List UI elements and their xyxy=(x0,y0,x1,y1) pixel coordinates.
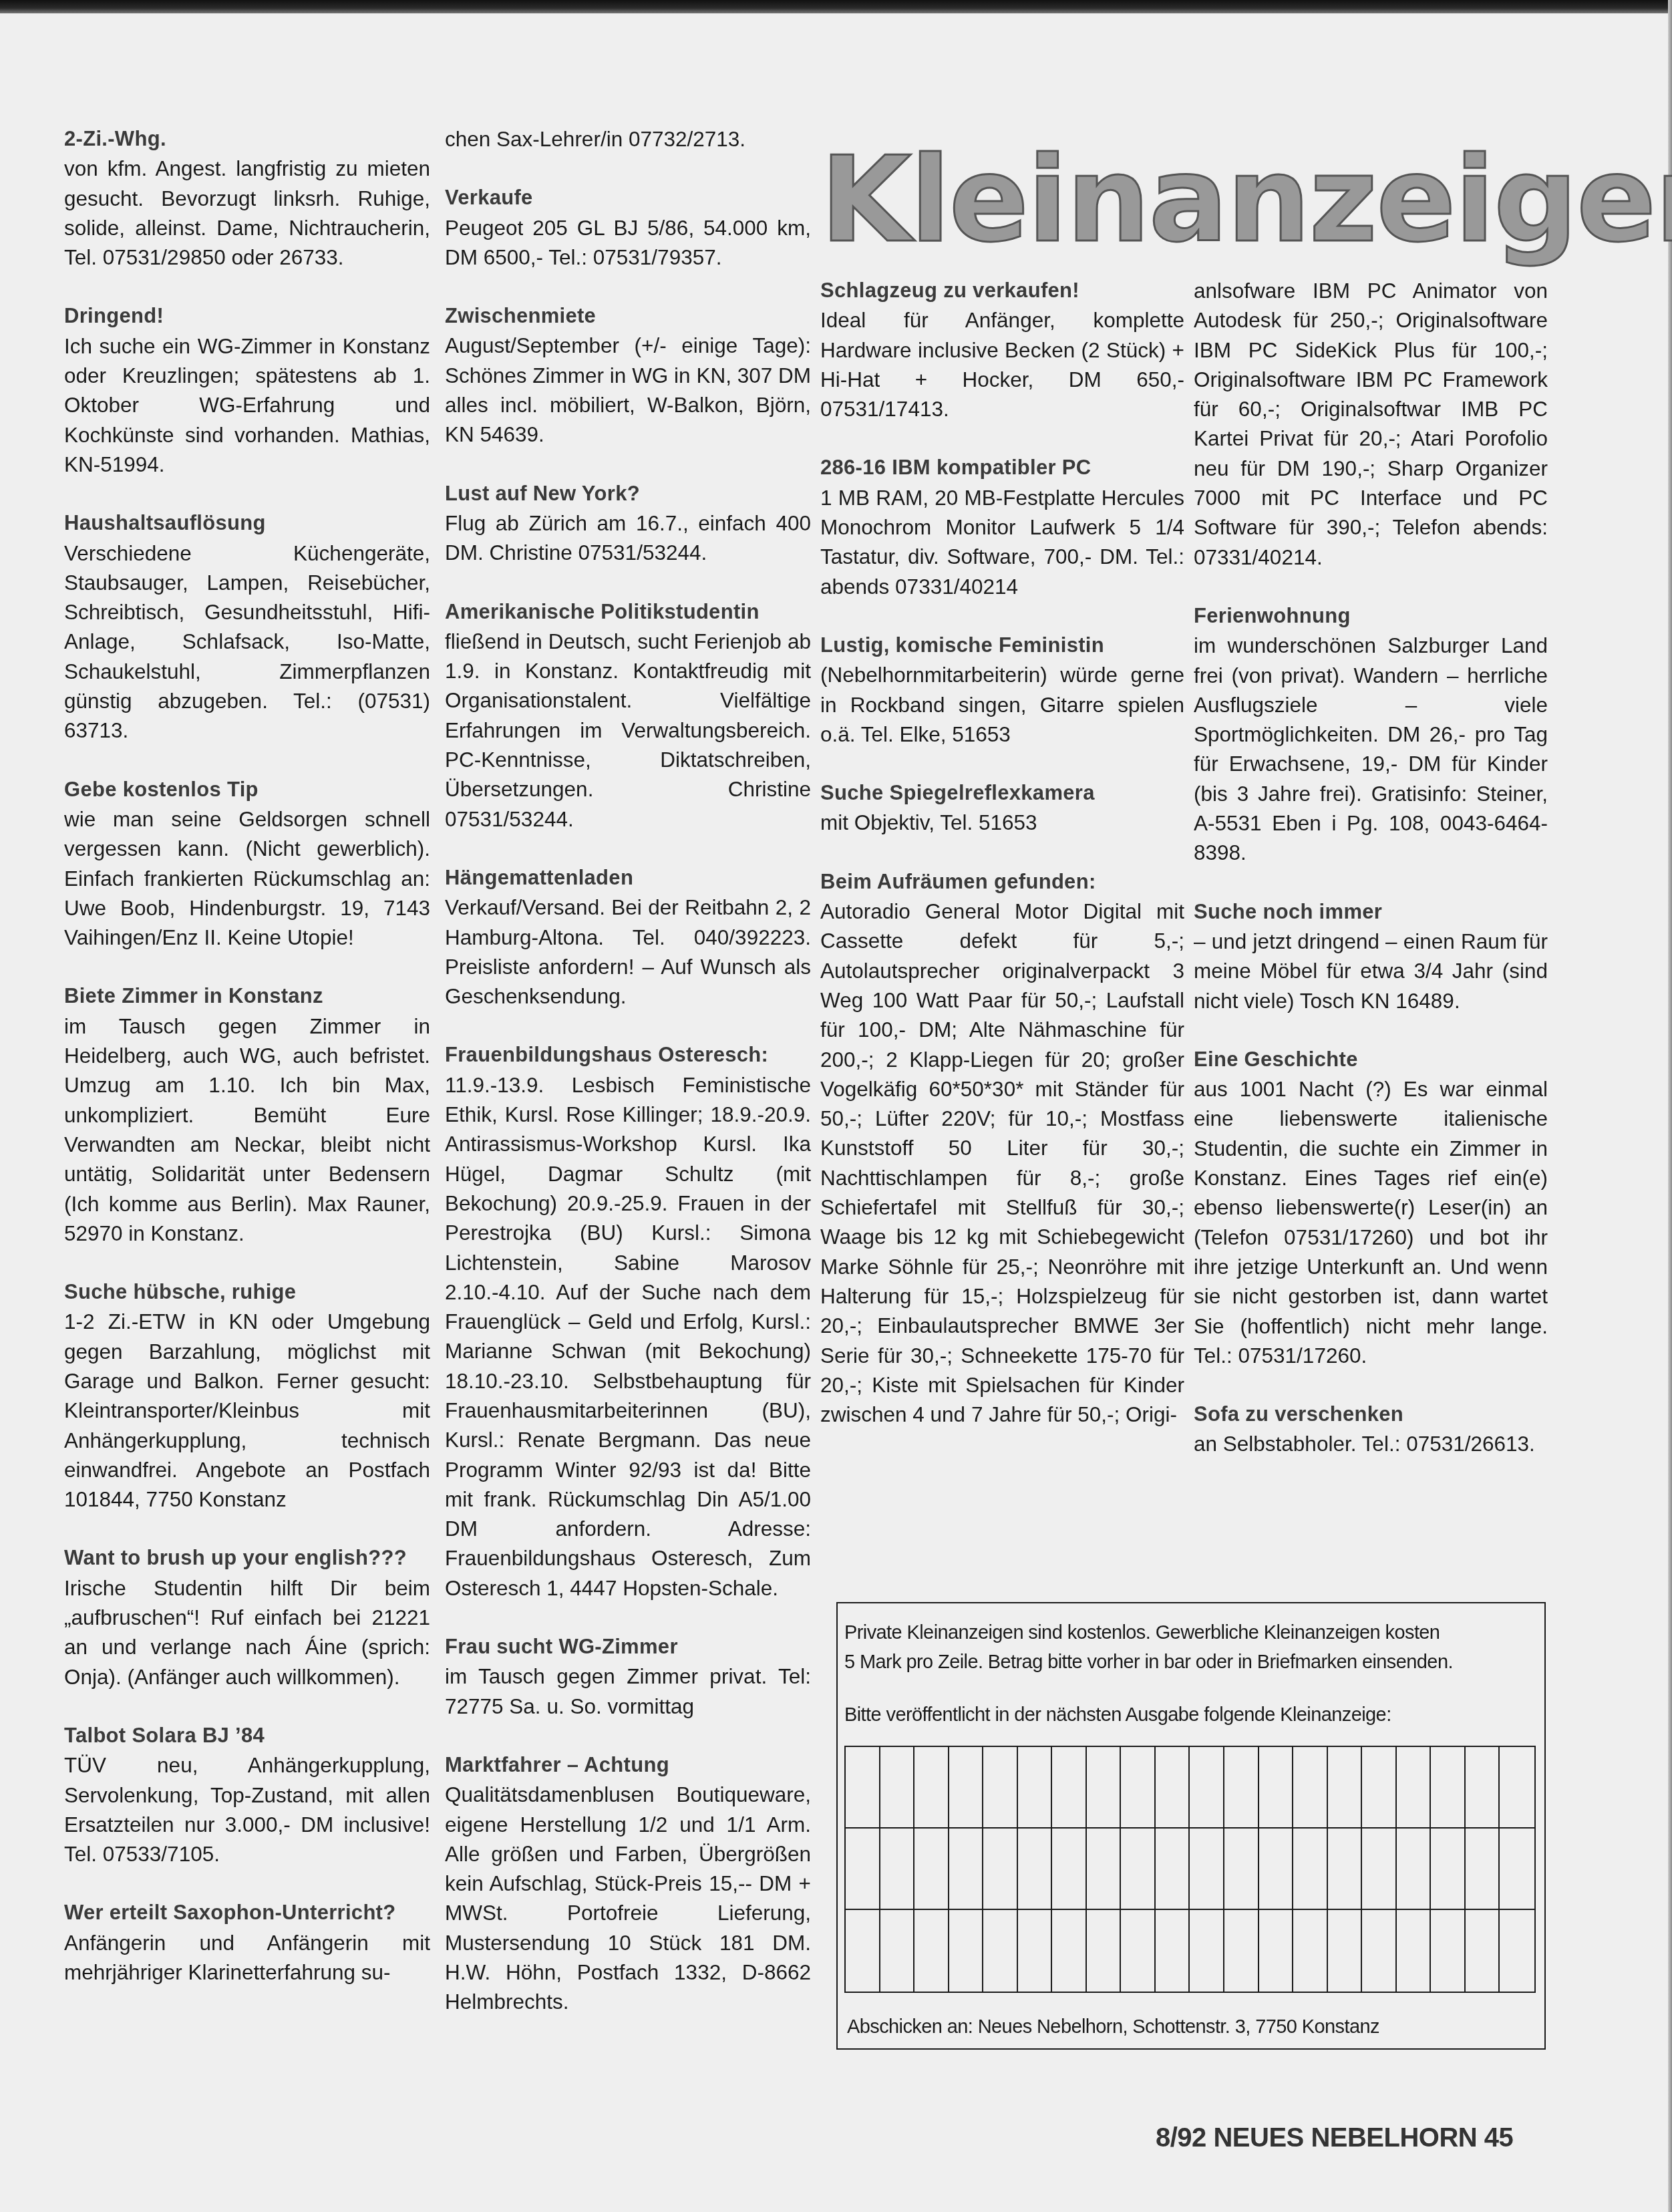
grid-cell[interactable] xyxy=(1362,1747,1397,1829)
order-form-address: Abschicken an: Neues Nebelhorn, Schotten… xyxy=(847,2012,1379,2042)
grid-cell[interactable] xyxy=(1466,1910,1500,1992)
grid-cell[interactable] xyxy=(1259,1747,1294,1829)
ad-title: 2-Zi.-Whg. xyxy=(64,124,430,154)
ad-body: Peugeot 205 GL BJ 5/86, 54.000 km, DM 65… xyxy=(445,213,811,273)
grid-cell[interactable] xyxy=(1500,1829,1534,1910)
ad-title: Suche noch immer xyxy=(1194,897,1548,927)
grid-cell[interactable] xyxy=(1466,1747,1500,1829)
grid-cell[interactable] xyxy=(1224,1910,1259,1992)
ad-title: Schlagzeug zu verkaufen! xyxy=(820,276,1184,305)
ad-body: Verkauf/Versand. Bei der Reitbahn 2, 2 H… xyxy=(445,893,811,1011)
ad-body: im Tausch gegen Zimmer privat. Tel: 7277… xyxy=(445,1662,811,1721)
grid-cell[interactable] xyxy=(1087,1747,1122,1829)
ad-title: Talbot Solara BJ ’84 xyxy=(64,1721,430,1750)
classified-ad: Lust auf New York?Flug ab Zürich am 16.7… xyxy=(445,479,811,568)
grid-cell[interactable] xyxy=(914,1829,949,1910)
grid-cell[interactable] xyxy=(949,1910,984,1992)
grid-cell[interactable] xyxy=(983,1747,1018,1829)
ad-continuation: chen Sax-Lehrer/in 07732/2713. xyxy=(445,124,811,154)
ad-body: aus 1001 Nacht (?) Es war einmal eine li… xyxy=(1194,1074,1548,1370)
grid-cell[interactable] xyxy=(1052,1910,1087,1992)
grid-cell[interactable] xyxy=(1224,1829,1259,1910)
ad-title: Marktfahrer – Achtung xyxy=(445,1750,811,1780)
grid-cell[interactable] xyxy=(1190,1747,1224,1829)
grid-cell[interactable] xyxy=(1328,1829,1363,1910)
classified-order-form: Private Kleinanzeigen sind kostenlos. Ge… xyxy=(836,1602,1546,2050)
order-form-prompt: Bitte veröffentlicht in der nächsten Aus… xyxy=(844,1700,1391,1730)
grid-cell[interactable] xyxy=(880,1829,915,1910)
ad-title: Amerikanische Politikstudentin xyxy=(445,597,811,627)
ad-title: Biete Zimmer in Konstanz xyxy=(64,981,430,1011)
ad-title: Frau sucht WG-Zimmer xyxy=(445,1632,811,1662)
ad-body: an Selbstabholer. Tel.: 07531/26613. xyxy=(1194,1429,1548,1458)
classified-ad: Biete Zimmer in Konstanzim Tausch gegen … xyxy=(64,981,430,1248)
column-1: 2-Zi.-Whg.von kfm. Angest. langfristig z… xyxy=(64,124,430,2016)
classified-ad: Wer erteilt Saxophon-Unterricht?Anfänger… xyxy=(64,1898,430,1987)
classified-ad: Suche hübsche, ruhige1-2 Zi.-ETW in KN o… xyxy=(64,1277,430,1514)
grid-cell[interactable] xyxy=(1293,1829,1328,1910)
classified-ad: VerkaufePeugeot 205 GL BJ 5/86, 54.000 k… xyxy=(445,183,811,272)
grid-cell[interactable] xyxy=(1431,1829,1466,1910)
ad-title: 286-16 IBM kompatibler PC xyxy=(820,453,1184,482)
ad-title: Lustig, komische Feministin xyxy=(820,631,1184,660)
ad-title: Sofa zu verschenken xyxy=(1194,1400,1548,1429)
grid-cell[interactable] xyxy=(1259,1910,1294,1992)
classified-ad: Suche Spiegelreflexkameramit Objektiv, T… xyxy=(820,778,1184,838)
ad-body: 1-2 Zi.-ETW in KN oder Umgebung gegen Ba… xyxy=(64,1307,430,1514)
classified-ad: Frau sucht WG-Zimmerim Tausch gegen Zimm… xyxy=(445,1632,811,1721)
order-info-line: Private Kleinanzeigen sind kostenlos. Ge… xyxy=(844,1618,1539,1647)
grid-cell[interactable] xyxy=(1328,1910,1363,1992)
grid-cell[interactable] xyxy=(880,1910,915,1992)
page-title: Kleinanzeigen xyxy=(820,134,1542,267)
grid-cell[interactable] xyxy=(1087,1910,1122,1992)
ad-title: Verkaufe xyxy=(445,183,811,212)
classified-ad: Beim Aufräumen gefunden:Autoradio Genera… xyxy=(820,867,1184,1430)
ad-body: wie man seine Geldsorgen schnell vergess… xyxy=(64,804,430,952)
grid-cell[interactable] xyxy=(1190,1910,1224,1992)
grid-cell[interactable] xyxy=(1121,1910,1156,1992)
ad-title: Eine Geschichte xyxy=(1194,1045,1548,1074)
ad-title: Beim Aufräumen gefunden: xyxy=(820,867,1184,897)
ad-title: Frauenbildungshaus Osteresch: xyxy=(445,1040,811,1070)
grid-cell[interactable] xyxy=(1328,1747,1363,1829)
ad-body: Autoradio General Motor Digital mit Cass… xyxy=(820,897,1184,1429)
ad-body: Irische Studentin hilft Dir beim „aufbru… xyxy=(64,1573,430,1692)
ad-title: Ferienwohnung xyxy=(1194,601,1548,631)
ad-title: Lust auf New York? xyxy=(445,479,811,508)
ad-body: Verschiedene Küchengeräte, Staubsauger, … xyxy=(64,538,430,746)
grid-cell[interactable] xyxy=(1466,1829,1500,1910)
ad-body: 1 MB RAM, 20 MB-Festplatte Hercules Mono… xyxy=(820,483,1184,601)
grid-cell[interactable] xyxy=(1052,1747,1087,1829)
ad-body: von kfm. Angest. langfristig zu mieten g… xyxy=(64,154,430,272)
classified-ad: HaushaltsauflösungVerschiedene Küchenger… xyxy=(64,508,430,745)
ad-title: Haushaltsauflösung xyxy=(64,508,430,538)
grid-cell[interactable] xyxy=(1431,1747,1466,1829)
grid-cell[interactable] xyxy=(846,1910,880,1992)
classified-ad: 286-16 IBM kompatibler PC1 MB RAM, 20 MB… xyxy=(820,453,1184,601)
grid-cell[interactable] xyxy=(1431,1910,1466,1992)
column-4: anlsofware IBM PC Animator von Autodesk … xyxy=(1194,276,1548,1488)
grid-cell[interactable] xyxy=(1362,1910,1397,1992)
order-info-line: 5 Mark pro Zeile. Betrag bitte vorher in… xyxy=(844,1647,1539,1677)
classified-ad: Eine Geschichteaus 1001 Nacht (?) Es war… xyxy=(1194,1045,1548,1370)
ad-text-entry-grid[interactable] xyxy=(844,1746,1536,1993)
grid-cell[interactable] xyxy=(1397,1910,1432,1992)
ad-title: Suche hübsche, ruhige xyxy=(64,1277,430,1307)
column-3: Schlagzeug zu verkaufen!Ideal für Anfäng… xyxy=(820,276,1184,1458)
classified-ad: Dringend!Ich suche ein WG-Zimmer in Kons… xyxy=(64,301,430,479)
grid-cell[interactable] xyxy=(1293,1910,1328,1992)
classified-ad: Marktfahrer – AchtungQualitätsdamenbluse… xyxy=(445,1750,811,2017)
grid-cell[interactable] xyxy=(914,1910,949,1992)
ad-continuation: anlsofware IBM PC Animator von Autodesk … xyxy=(1194,276,1548,572)
grid-cell[interactable] xyxy=(949,1829,984,1910)
classified-ad: ZwischenmieteAugust/September (+/- einig… xyxy=(445,301,811,449)
grid-cell[interactable] xyxy=(1397,1747,1432,1829)
ad-body: Qualitätsdamenblusen Boutiqueware, eigen… xyxy=(445,1780,811,2016)
order-form-info: Private Kleinanzeigen sind kostenlos. Ge… xyxy=(844,1618,1539,1677)
scan-edge-top xyxy=(0,0,1672,13)
scan-edge-right xyxy=(1668,0,1672,2212)
grid-cell[interactable] xyxy=(1397,1829,1432,1910)
classified-ad: Ferienwohnungim wunderschönen Salzburger… xyxy=(1194,601,1548,868)
grid-cell[interactable] xyxy=(1156,1829,1190,1910)
ad-body: Ich suche ein WG-Zimmer in Konstanz oder… xyxy=(64,331,430,479)
ad-body: (Nebelhornmitarbeiterin) würde gerne in … xyxy=(820,660,1184,749)
grid-cell[interactable] xyxy=(1052,1829,1087,1910)
ad-body: Ideal für Anfänger, komplette Hardware i… xyxy=(820,305,1184,424)
grid-cell[interactable] xyxy=(1190,1829,1224,1910)
ad-title: Gebe kostenlos Tip xyxy=(64,775,430,804)
classified-ad: Sofa zu verschenkenan Selbstabholer. Tel… xyxy=(1194,1400,1548,1459)
grid-cell[interactable] xyxy=(1018,1747,1053,1829)
classified-ad: Schlagzeug zu verkaufen!Ideal für Anfäng… xyxy=(820,276,1184,424)
grid-cell[interactable] xyxy=(1362,1829,1397,1910)
column-2: chen Sax-Lehrer/in 07732/2713. VerkaufeP… xyxy=(445,124,811,2046)
classified-ad: Suche noch immer– und jetzt dringend – e… xyxy=(1194,897,1548,1015)
grid-cell[interactable] xyxy=(1018,1829,1053,1910)
grid-cell[interactable] xyxy=(949,1747,984,1829)
ad-body: Flug ab Zürich am 16.7., einfach 400 DM.… xyxy=(445,508,811,568)
classified-ad: Lustig, komische Feministin(Nebelhornmit… xyxy=(820,631,1184,749)
grid-cell[interactable] xyxy=(1121,1829,1156,1910)
grid-cell[interactable] xyxy=(846,1829,880,1910)
classified-ad: 2-Zi.-Whg.von kfm. Angest. langfristig z… xyxy=(64,124,430,272)
grid-cell[interactable] xyxy=(1293,1747,1328,1829)
classified-ad: HängemattenladenVerkauf/Versand. Bei der… xyxy=(445,863,811,1011)
grid-cell[interactable] xyxy=(1156,1910,1190,1992)
page-footer: 8/92 NEUES NEBELHORN 45 xyxy=(1156,2123,1513,2153)
ad-body: im Tausch gegen Zimmer in Heidelberg, au… xyxy=(64,1011,430,1248)
ad-body: fließend in Deutsch, sucht Ferienjob ab … xyxy=(445,627,811,834)
classified-ad: Gebe kostenlos Tipwie man seine Geldsorg… xyxy=(64,775,430,953)
ad-body: August/September (+/- einige Tage): Schö… xyxy=(445,331,811,449)
grid-cell[interactable] xyxy=(983,1829,1018,1910)
grid-cell[interactable] xyxy=(914,1747,949,1829)
ad-body: im wunderschönen Salzburger Land frei (v… xyxy=(1194,631,1548,867)
grid-cell[interactable] xyxy=(983,1910,1018,1992)
ad-body: 11.9.-13.9. Lesbisch Feministische Ethik… xyxy=(445,1070,811,1603)
classified-ad: Amerikanische Politikstudentinfließend i… xyxy=(445,597,811,834)
ad-body: – und jetzt dringend – einen Raum für me… xyxy=(1194,927,1548,1015)
ad-title: Zwischenmiete xyxy=(445,301,811,331)
grid-cell[interactable] xyxy=(1121,1747,1156,1829)
grid-cell[interactable] xyxy=(1500,1910,1534,1992)
grid-cell[interactable] xyxy=(1156,1747,1190,1829)
ad-title: Suche Spiegelreflexkamera xyxy=(820,778,1184,808)
grid-cell[interactable] xyxy=(846,1747,880,1829)
ad-body: TÜV neu, Anhängerkupplung, Servolenkung,… xyxy=(64,1750,430,1869)
ad-body: mit Objektiv, Tel. 51653 xyxy=(820,808,1184,837)
grid-cell[interactable] xyxy=(1087,1829,1122,1910)
ad-title: Dringend! xyxy=(64,301,430,331)
ad-title: Want to brush up your english??? xyxy=(64,1543,430,1573)
ad-title: Wer erteilt Saxophon-Unterricht? xyxy=(64,1898,430,1927)
grid-cell[interactable] xyxy=(1259,1829,1294,1910)
classified-ad: Talbot Solara BJ ’84TÜV neu, Anhängerkup… xyxy=(64,1721,430,1869)
classified-ad: Frauenbildungshaus Osteresch:11.9.-13.9.… xyxy=(445,1040,811,1603)
ad-title: Hängemattenladen xyxy=(445,863,811,893)
classified-ad: Want to brush up your english???Irische … xyxy=(64,1543,430,1691)
grid-cell[interactable] xyxy=(1018,1910,1053,1992)
grid-cell[interactable] xyxy=(1224,1747,1259,1829)
grid-cell[interactable] xyxy=(880,1747,915,1829)
grid-cell[interactable] xyxy=(1500,1747,1534,1829)
ad-body: Anfängerin und Anfängerin mit mehrjährig… xyxy=(64,1928,430,1988)
